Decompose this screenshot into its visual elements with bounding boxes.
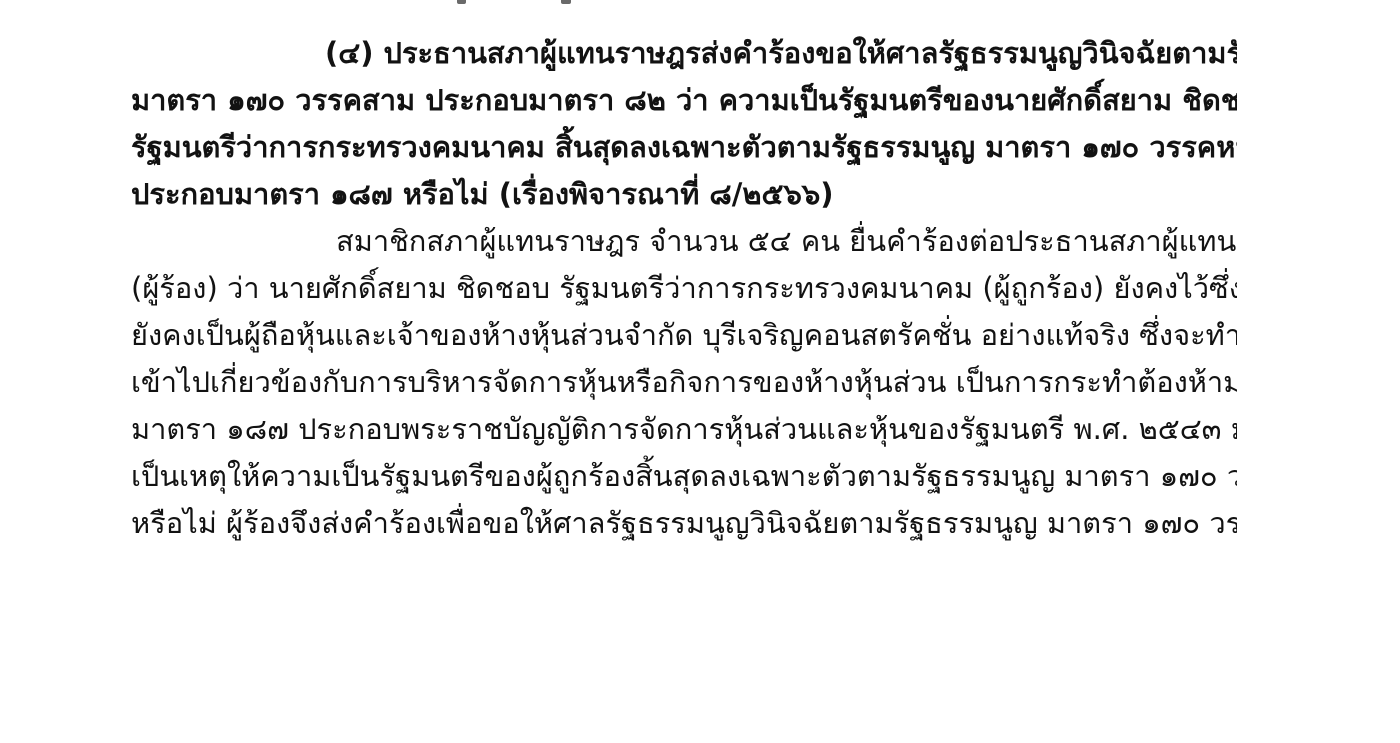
text-line: มาตรา ๑๘๗ ประกอบพระราชบัญญัติการจัดการหุ… xyxy=(131,406,1237,453)
text-line: มาตรา ๑๗๐ วรรคสาม ประกอบมาตรา ๘๒ ว่า ควา… xyxy=(131,77,1237,124)
text-line: (๔) ประธานสภาผู้แทนราษฎรส่งคำร้องขอให้ศา… xyxy=(131,30,1237,77)
text-line: (ผู้ร้อง) ว่า นายศักดิ์สยาม ชิดชอบ รัฐมน… xyxy=(131,265,1237,312)
text-line: เข้าไปเกี่ยวข้องกับการบริหารจัดการหุ้นหร… xyxy=(131,359,1237,406)
text-block: (๔) ประธานสภาผู้แทนราษฎรส่งคำร้องขอให้ศา… xyxy=(131,30,1237,547)
cutoff-text-fragment xyxy=(561,0,571,4)
text-line: สมาชิกสภาผู้แทนราษฎร จำนวน ๕๔ คน ยื่นคำร… xyxy=(131,218,1237,265)
text-line: ยังคงเป็นผู้ถือหุ้นและเจ้าของห้างหุ้นส่ว… xyxy=(131,312,1237,359)
cutoff-text-fragment xyxy=(457,0,466,4)
text-line: เป็นเหตุให้ความเป็นรัฐมนตรีของผู้ถูกร้อง… xyxy=(131,453,1237,500)
text-line: ประกอบมาตรา ๑๘๗ หรือไม่ (เรื่องพิจารณาที… xyxy=(131,171,1237,218)
document-page: (๔) ประธานสภาผู้แทนราษฎรส่งคำร้องขอให้ศา… xyxy=(0,0,1400,743)
text-line: หรือไม่ ผู้ร้องจึงส่งคำร้องเพื่อขอให้ศาล… xyxy=(131,500,1237,547)
text-line: รัฐมนตรีว่าการกระทรวงคมนาคม สิ้นสุดลงเฉพ… xyxy=(131,124,1237,171)
